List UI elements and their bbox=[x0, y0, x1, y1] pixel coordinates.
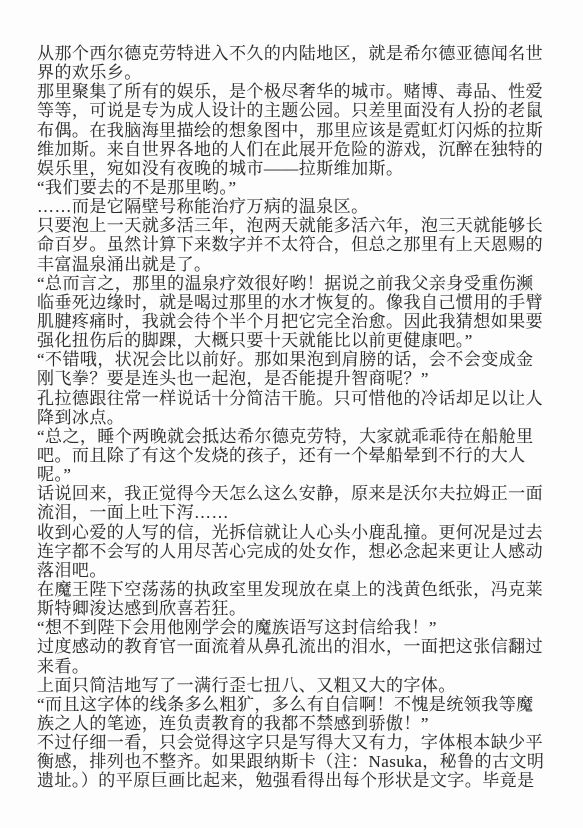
text-line: 命百岁。虽然计算下来数字并不太符合，但总之那里有上天恩赐的 bbox=[37, 235, 549, 254]
text-line: “总之，睡个两晚就会抵达希尔德克劳特，大家就乖乖待在船舱里 bbox=[37, 427, 549, 446]
text-line: 丰富温泉涌出就是了。 bbox=[37, 255, 549, 274]
text-line: 遗址。）的平原巨画比起来，勉强看得出每个形状是文字。毕竟是 bbox=[37, 771, 549, 790]
text-line: 过度感动的教育官一面流着从鼻孔流出的泪水，一面把这张信翻过 bbox=[37, 637, 549, 656]
text-line: 上面只简洁地写了一满行歪七扭八、又粗又大的字体。 bbox=[37, 676, 549, 695]
text-line: “总而言之，那里的温泉疗效很好哟！据说之前我父亲身受重伤濒 bbox=[37, 274, 549, 293]
text-line: 衡感，排列也不整齐。如果跟纳斯卡（注：Nasuka，秘鲁的古文明 bbox=[37, 752, 549, 771]
text-line: 肌腱疼痛时，我就会待个半个月把它完全治愈。因此我猜想如果要 bbox=[37, 312, 549, 331]
text-line: 在魔王陛下空荡荡的执政室里发现放在桌上的浅黄色纸张，冯克莱 bbox=[37, 580, 549, 599]
text-line: 不过仔细一看，只会觉得这字只是写得大又有力，字体根本缺少平 bbox=[37, 733, 549, 752]
text-line: 布偶。在我脑海里描绘的想象图中，那里应该是霓虹灯闪烁的拉斯 bbox=[37, 121, 549, 140]
text-line: 孔拉德跟往常一样说话十分简洁干脆。只可惜他的冷话却足以让人 bbox=[37, 389, 549, 408]
text-line: 来看。 bbox=[37, 657, 549, 676]
novel-page: 从那个西尔德克劳特进入不久的内陆地区，就是希尔德亚德闻名世界的欢乐乡。那里聚集了… bbox=[0, 0, 583, 828]
text-line: 娱乐里，宛如没有夜晚的城市——拉斯维加斯。 bbox=[37, 159, 549, 178]
text-line: 那里聚集了所有的娱乐，是个极尽奢华的城市。赌博、毒品、性爱 bbox=[37, 82, 549, 101]
text-line: 只要泡上一天就多活三年，泡两天就能多活六年，泡三天就能够长 bbox=[37, 216, 549, 235]
document-background: { "page": { "background_color": "#fdfdfd… bbox=[0, 0, 583, 828]
text-line: 等等，可说是专为成人设计的主题公园。只差里面没有人扮的老鼠 bbox=[37, 101, 549, 120]
text-line: 呢。” bbox=[37, 465, 549, 484]
text-line: 维加斯。来自世界各地的人们在此展开危险的游戏，沉醉在独特的 bbox=[37, 140, 549, 159]
text-line: ……而是它隔壁号称能治疗万病的温泉区。 bbox=[37, 197, 549, 216]
text-line: “而且这字体的线条多么粗犷，多么有自信啊！不愧是统领我等魔 bbox=[37, 695, 549, 714]
text-line: 连字都不会写的人用尽苦心完成的处女作，想必念起来更让人感动 bbox=[37, 542, 549, 561]
text-line: 从那个西尔德克劳特进入不久的内陆地区，就是希尔德亚德闻名世 bbox=[37, 44, 549, 63]
text-line: 斯特卿浚达感到欣喜若狂。 bbox=[37, 599, 549, 618]
page-text-block: 从那个西尔德克劳特进入不久的内陆地区，就是希尔德亚德闻名世界的欢乐乡。那里聚集了… bbox=[37, 44, 549, 790]
text-line: 吧。而且除了有这个发烧的孩子，还有一个晕船晕到不行的大人 bbox=[37, 446, 549, 465]
text-line: “想不到陛下会用他刚学会的魔族语写这封信给我！” bbox=[37, 618, 549, 637]
text-line: 落泪吧。 bbox=[37, 561, 549, 580]
text-line: 收到心爱的人写的信，光拆信就让人心头小鹿乱撞。更何况是过去 bbox=[37, 523, 549, 542]
text-line: 流泪，一面上吐下泻…… bbox=[37, 503, 549, 522]
text-line: 界的欢乐乡。 bbox=[37, 63, 549, 82]
text-line: “不错哦，状况会比以前好。那如果泡到肩膀的话，会不会变成金 bbox=[37, 350, 549, 369]
text-line: “我们要去的不是那里哟。” bbox=[37, 178, 549, 197]
text-line: 话说回来，我正觉得今天怎么这么安静，原来是沃尔夫拉姆正一面 bbox=[37, 484, 549, 503]
text-line: 族之人的笔迹，连负责教育的我都不禁感到骄傲！” bbox=[37, 714, 549, 733]
text-line: 强化扭伤后的脚踝，大概只要十天就能比以前更健康吧。” bbox=[37, 331, 549, 350]
text-line: 刚飞拳？要是连头也一起泡，是否能提升智商呢？” bbox=[37, 369, 549, 388]
text-line: 临垂死边缘时，就是喝过那里的水才恢复的。像我自己惯用的手臂 bbox=[37, 293, 549, 312]
text-line: 降到冰点。 bbox=[37, 408, 549, 427]
